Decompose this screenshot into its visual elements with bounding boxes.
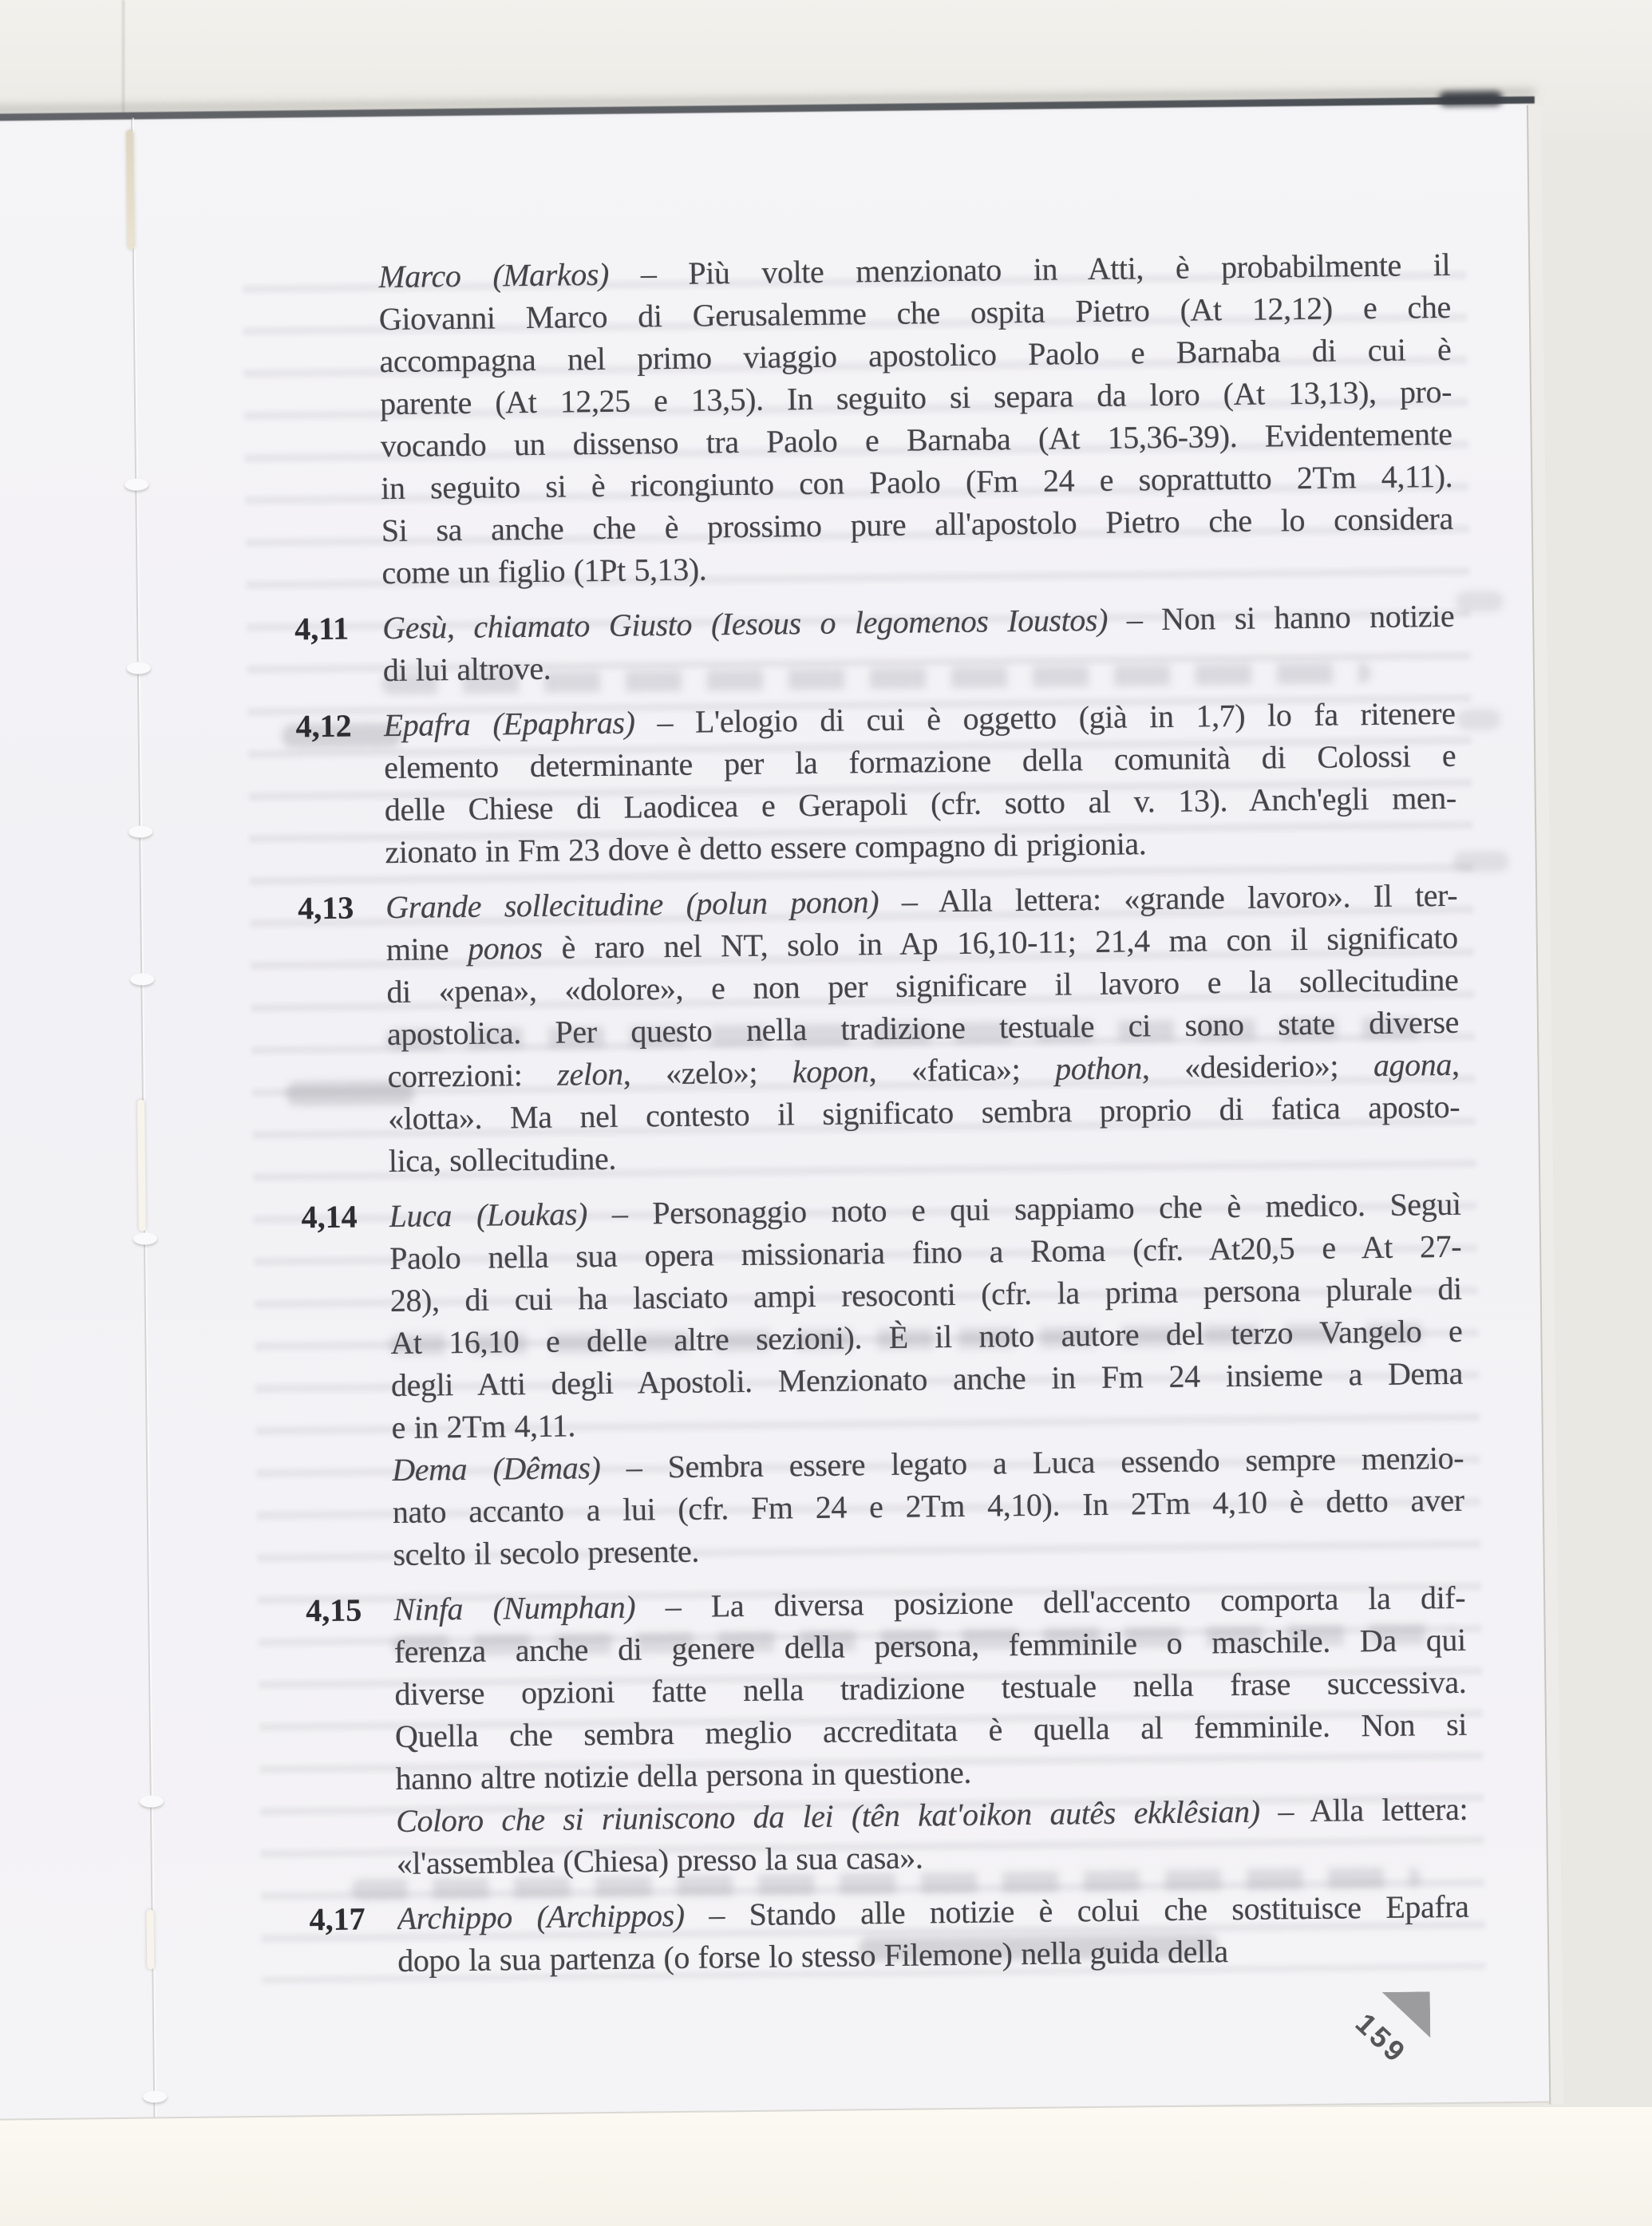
text-column: Marco (Markos) – Più volte menzionato in… — [378, 243, 1469, 1982]
page-corner-shadow-blob — [1439, 91, 1503, 106]
stitch-hole — [133, 1232, 157, 1244]
verse-number: 4,14 — [301, 1196, 358, 1239]
commentary-entry: Marco (Markos) – Più volte menzionato in… — [378, 243, 1454, 594]
verse-number: 4,15 — [306, 1588, 362, 1631]
book-page: Marco (Markos) – Più volte menzionato in… — [0, 102, 1551, 2121]
stitch-hole — [124, 478, 148, 490]
stitch-hole — [143, 2090, 167, 2102]
stitch-hole — [128, 825, 152, 837]
verse-number: 4,17 — [309, 1897, 366, 1940]
stitch-hole — [130, 973, 154, 985]
binding-thread — [126, 130, 135, 250]
bleed-through-smudge — [1457, 709, 1501, 730]
page-right-edge — [1527, 105, 1563, 2105]
bleed-through-smudge — [1456, 591, 1504, 612]
commentary-entry-4-17: 4,17Archippo (Archippos) – Stando alle n… — [397, 1885, 1469, 1982]
commentary-entry-4-11: 4,11Gesù, chiamato Giusto (Iesous o lego… — [382, 595, 1455, 691]
stitch-hole — [127, 662, 151, 674]
commentary-entry-4-14: 4,14Luca (Loukas) – Personaggio noto e q… — [389, 1183, 1464, 1576]
verse-number: 4,12 — [295, 705, 352, 748]
commentary-entry-4-13: 4,13Grande sollecitudine (polun ponon) –… — [385, 874, 1460, 1182]
verse-number: 4,11 — [294, 607, 349, 650]
stitch-hole — [140, 1795, 164, 1807]
page-number-label: 159 — [1349, 2007, 1413, 2070]
commentary-entry-4-15: 4,15Ninfa (Numphan) – La diversa posizio… — [393, 1576, 1468, 1884]
underlying-pages-bottom — [0, 2107, 1652, 2226]
binding-thread — [146, 1909, 154, 1969]
binding-thread — [137, 1100, 146, 1232]
scanned-book-page: { "page_number": "159", "colors": { "pap… — [0, 0, 1652, 2226]
bleed-through-smudge — [1453, 851, 1509, 872]
verse-number: 4,13 — [298, 887, 354, 930]
commentary-entry-4-12: 4,12Epafra (Epaphras) – L'elogio di cui … — [383, 692, 1456, 873]
